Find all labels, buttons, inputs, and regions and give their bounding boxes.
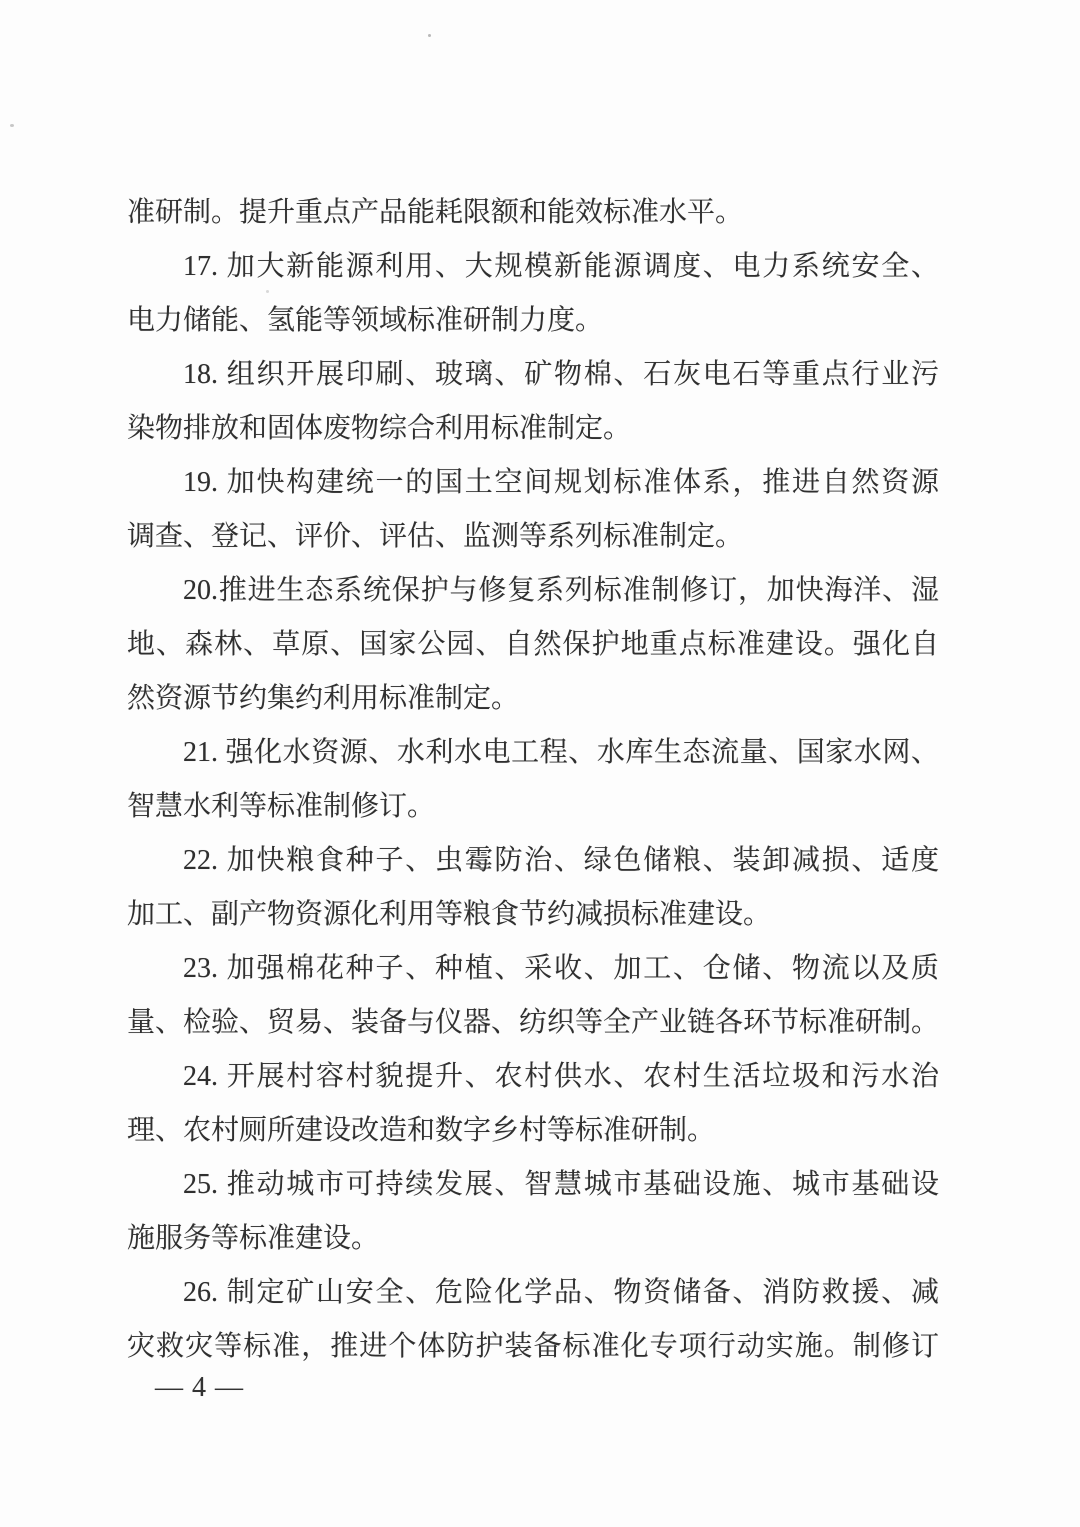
text-line: 18. 组织开展印刷、玻璃、矿物棉、石灰电石等重点行业污 [127,348,939,402]
text-line: 19. 加快构建统一的国土空间规划标准体系，推进自然资源 [127,456,939,510]
paragraph-21: 21. 强化水资源、水利水电工程、水库生态流量、国家水网、 智慧水利等标准制修订… [127,726,939,834]
text-line: 染物排放和固体废物综合利用标准制定。 [127,402,939,456]
page-number: — 4 — [155,1372,244,1404]
paragraph-18: 18. 组织开展印刷、玻璃、矿物棉、石灰电石等重点行业污 染物排放和固体废物综合… [127,348,939,456]
scan-noise-speck [10,124,14,127]
document-page: 准研制。提升重点产品能耗限额和能效标准水平。 17. 加大新能源利用、大规模新能… [0,0,1080,1527]
text-line: 施服务等标准建设。 [127,1212,939,1266]
paragraph-26: 26. 制定矿山安全、危险化学品、物资储备、消防救援、减 灾救灾等标准，推进个体… [127,1266,939,1374]
text-line: 智慧水利等标准制修订。 [127,780,939,834]
paragraph-20: 20.推进生态系统保护与修复系列标准制修订，加快海洋、湿 地、森林、草原、国家公… [127,564,939,726]
text-line: 17. 加大新能源利用、大规模新能源调度、电力系统安全、 [127,240,939,294]
paragraph-25: 25. 推动城市可持续发展、智慧城市基础设施、城市基础设 施服务等标准建设。 [127,1158,939,1266]
text-line: 22. 加快粮食种子、虫霉防治、绿色储粮、装卸减损、适度 [127,834,939,888]
text-line: 量、检验、贸易、装备与仪器、纺织等全产业链各环节标准研制。 [127,996,939,1050]
text-line: 加工、副产物资源化利用等粮食节约减损标准建设。 [127,888,939,942]
paragraph-24: 24. 开展村容村貌提升、农村供水、农村生活垃圾和污水治 理、农村厕所建设改造和… [127,1050,939,1158]
paragraph-22: 22. 加快粮食种子、虫霉防治、绿色储粮、装卸减损、适度 加工、副产物资源化利用… [127,834,939,942]
text-line: 23. 加强棉花种子、种植、采收、加工、仓储、物流以及质 [127,942,939,996]
paragraph-16-continuation: 准研制。提升重点产品能耗限额和能效标准水平。 [127,186,939,240]
text-line: 灾救灾等标准，推进个体防护装备标准化专项行动实施。制修订 [127,1320,939,1374]
text-line: 地、森林、草原、国家公园、自然保护地重点标准建设。强化自 [127,618,939,672]
scan-noise-speck [428,34,431,37]
text-line: 调查、登记、评价、评估、监测等系列标准制定。 [127,510,939,564]
text-line: 然资源节约集约利用标准制定。 [127,672,939,726]
text-line: 准研制。提升重点产品能耗限额和能效标准水平。 [127,186,939,240]
text-line: 电力储能、氢能等领域标准研制力度。 [127,294,939,348]
paragraph-23: 23. 加强棉花种子、种植、采收、加工、仓储、物流以及质 量、检验、贸易、装备与… [127,942,939,1050]
text-line: 21. 强化水资源、水利水电工程、水库生态流量、国家水网、 [127,726,939,780]
text-line: 24. 开展村容村貌提升、农村供水、农村生活垃圾和污水治 [127,1050,939,1104]
paragraph-19: 19. 加快构建统一的国土空间规划标准体系，推进自然资源 调查、登记、评价、评估… [127,456,939,564]
text-line: 20.推进生态系统保护与修复系列标准制修订，加快海洋、湿 [127,564,939,618]
text-line: 25. 推动城市可持续发展、智慧城市基础设施、城市基础设 [127,1158,939,1212]
text-line: 理、农村厕所建设改造和数字乡村等标准研制。 [127,1104,939,1158]
paragraph-17: 17. 加大新能源利用、大规模新能源调度、电力系统安全、 电力储能、氢能等领域标… [127,240,939,348]
text-line: 26. 制定矿山安全、危险化学品、物资储备、消防救援、减 [127,1266,939,1320]
document-body: 准研制。提升重点产品能耗限额和能效标准水平。 17. 加大新能源利用、大规模新能… [127,186,939,1374]
